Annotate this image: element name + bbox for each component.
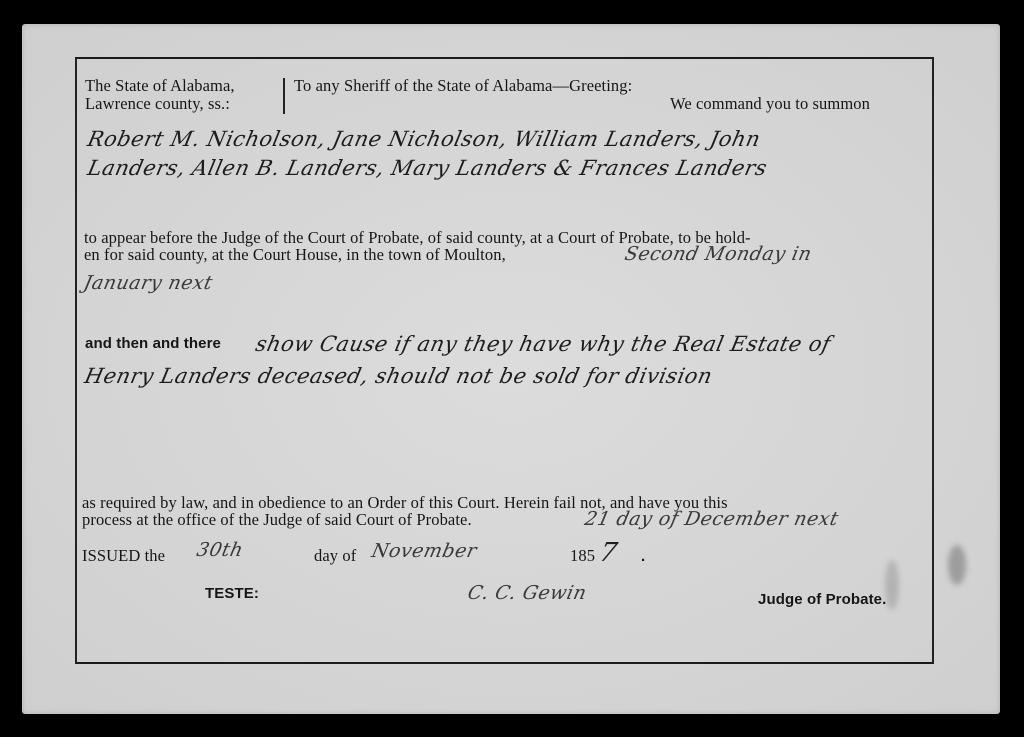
issued-label: ISSUED the: [82, 546, 165, 566]
court-month-hand: January next: [82, 272, 215, 294]
ink-stain: [885, 560, 899, 610]
issued-day-hand: 30th: [195, 539, 246, 561]
cause-line-2-hand: Henry Landers deceased, should not be so…: [82, 364, 714, 388]
ink-stain: [948, 545, 966, 585]
cause-line-1-hand: show Cause if any they have why the Real…: [253, 332, 833, 356]
issued-month-hand: November: [370, 540, 479, 562]
judge-title: Judge of Probate.: [758, 591, 886, 608]
command-text: We command you to summon: [670, 94, 870, 114]
appear-line-2: en for said county, at the Court House, …: [84, 245, 506, 265]
court-date-hand: Second Monday in: [623, 243, 814, 265]
return-date-hand: 21 day of December next: [583, 508, 841, 530]
cause-printed: and then and there: [85, 335, 221, 352]
county-label: Lawrence county, ss.:: [85, 94, 230, 114]
day-of-label: day of: [314, 546, 356, 566]
header-separator: [283, 78, 285, 114]
closing-line-2: process at the office of the Judge of sa…: [82, 510, 472, 530]
teste-label: TESTE:: [205, 585, 259, 602]
signature-hand: C. C. Gewin: [466, 582, 589, 604]
summoned-names-line-2: Landers, Allen B. Landers, Mary Landers …: [85, 156, 769, 180]
summoned-names-line-1: Robert M. Nicholson, Jane Nicholson, Wil…: [85, 127, 762, 151]
greeting-text: To any Sheriff of the State of Alabama—G…: [294, 76, 632, 96]
issued-period: .: [641, 548, 645, 565]
state-label: The State of Alabama,: [85, 76, 235, 96]
year-printed: 185: [570, 546, 595, 566]
